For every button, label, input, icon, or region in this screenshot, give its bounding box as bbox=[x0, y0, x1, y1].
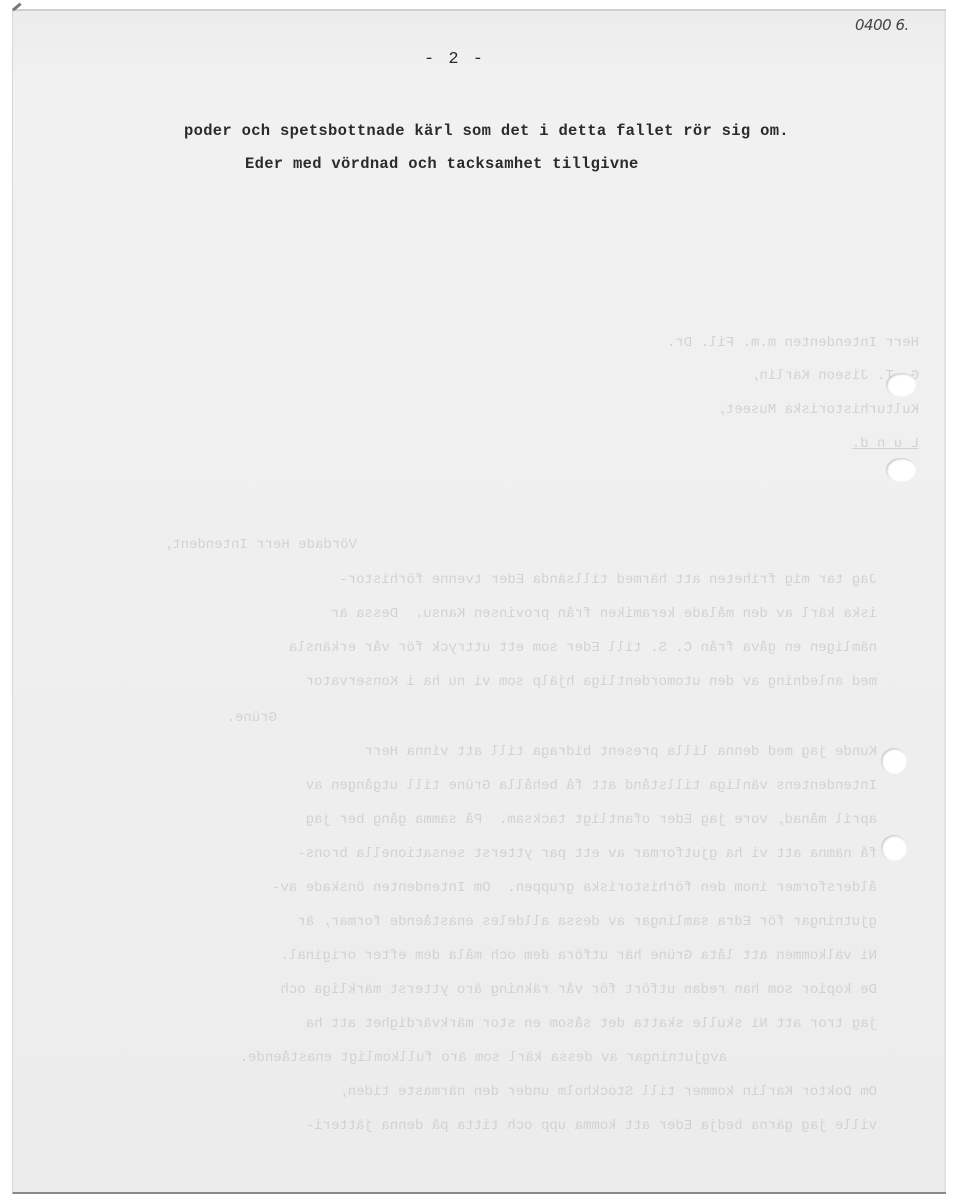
show-through-body-11: åldersformer inom den förhistoriska grup… bbox=[272, 880, 877, 896]
show-through-body-2: Jag tar mig friheten att härmed tillsänd… bbox=[339, 572, 877, 588]
show-through-body-5: med anledning av den utomordentliga hjäl… bbox=[306, 674, 877, 690]
punch-hole-torn-2 bbox=[886, 458, 916, 482]
show-through-body-10: få nämna att vi ha gjutformar av ett par… bbox=[297, 846, 877, 862]
show-through-body-14: De kopior som han redan utfört för vår r… bbox=[281, 982, 878, 998]
show-through-body-7: Kunde jag med denna lilla present bidrag… bbox=[365, 744, 877, 760]
show-through-body-17: Om Doktor Karlin kommer till Stockholm u… bbox=[339, 1084, 877, 1100]
show-through-body-9: april månad, vore jag Eder ofantligt tac… bbox=[306, 812, 877, 828]
show-through-body-16: avgjutningar av dessa kärl som äro fullk… bbox=[240, 1050, 727, 1066]
show-through-body-12: gjutningar för Edra samlingar av dessa a… bbox=[297, 914, 877, 930]
show-through-address-3: Kulturhistoriska Museet, bbox=[717, 402, 919, 418]
show-through-address-1: Herr Intendenten m.m. Fil. Dr. bbox=[667, 335, 919, 351]
punch-hole-1 bbox=[881, 748, 907, 774]
show-through-address-4: L u n d. bbox=[852, 436, 919, 452]
show-through-body-4: nämligen en gåva från C. S. till Eder so… bbox=[289, 640, 877, 656]
show-through-body-3: iska kärl av den målade keramiken från p… bbox=[331, 606, 877, 622]
show-through-body-13: Ni välkommen att låta Grüne här utföra d… bbox=[281, 948, 878, 964]
show-through-body-1: Vördade Herr Intendent, bbox=[164, 537, 357, 553]
show-through-text: Herr Intendenten m.m. Fil. Dr. G. T. Jis… bbox=[0, 0, 957, 1200]
punch-hole-2 bbox=[881, 835, 907, 861]
show-through-body-8: Intendentens vänliga tillstånd att få be… bbox=[306, 778, 877, 794]
show-through-body-6: Grüne. bbox=[227, 710, 277, 726]
show-through-body-15: jag tror att Ni skulle skatta det såsom … bbox=[306, 1016, 877, 1032]
show-through-body-18: ville jag gärna bedja Eder att komma upp… bbox=[306, 1118, 877, 1134]
punch-hole-torn-1 bbox=[886, 373, 916, 397]
